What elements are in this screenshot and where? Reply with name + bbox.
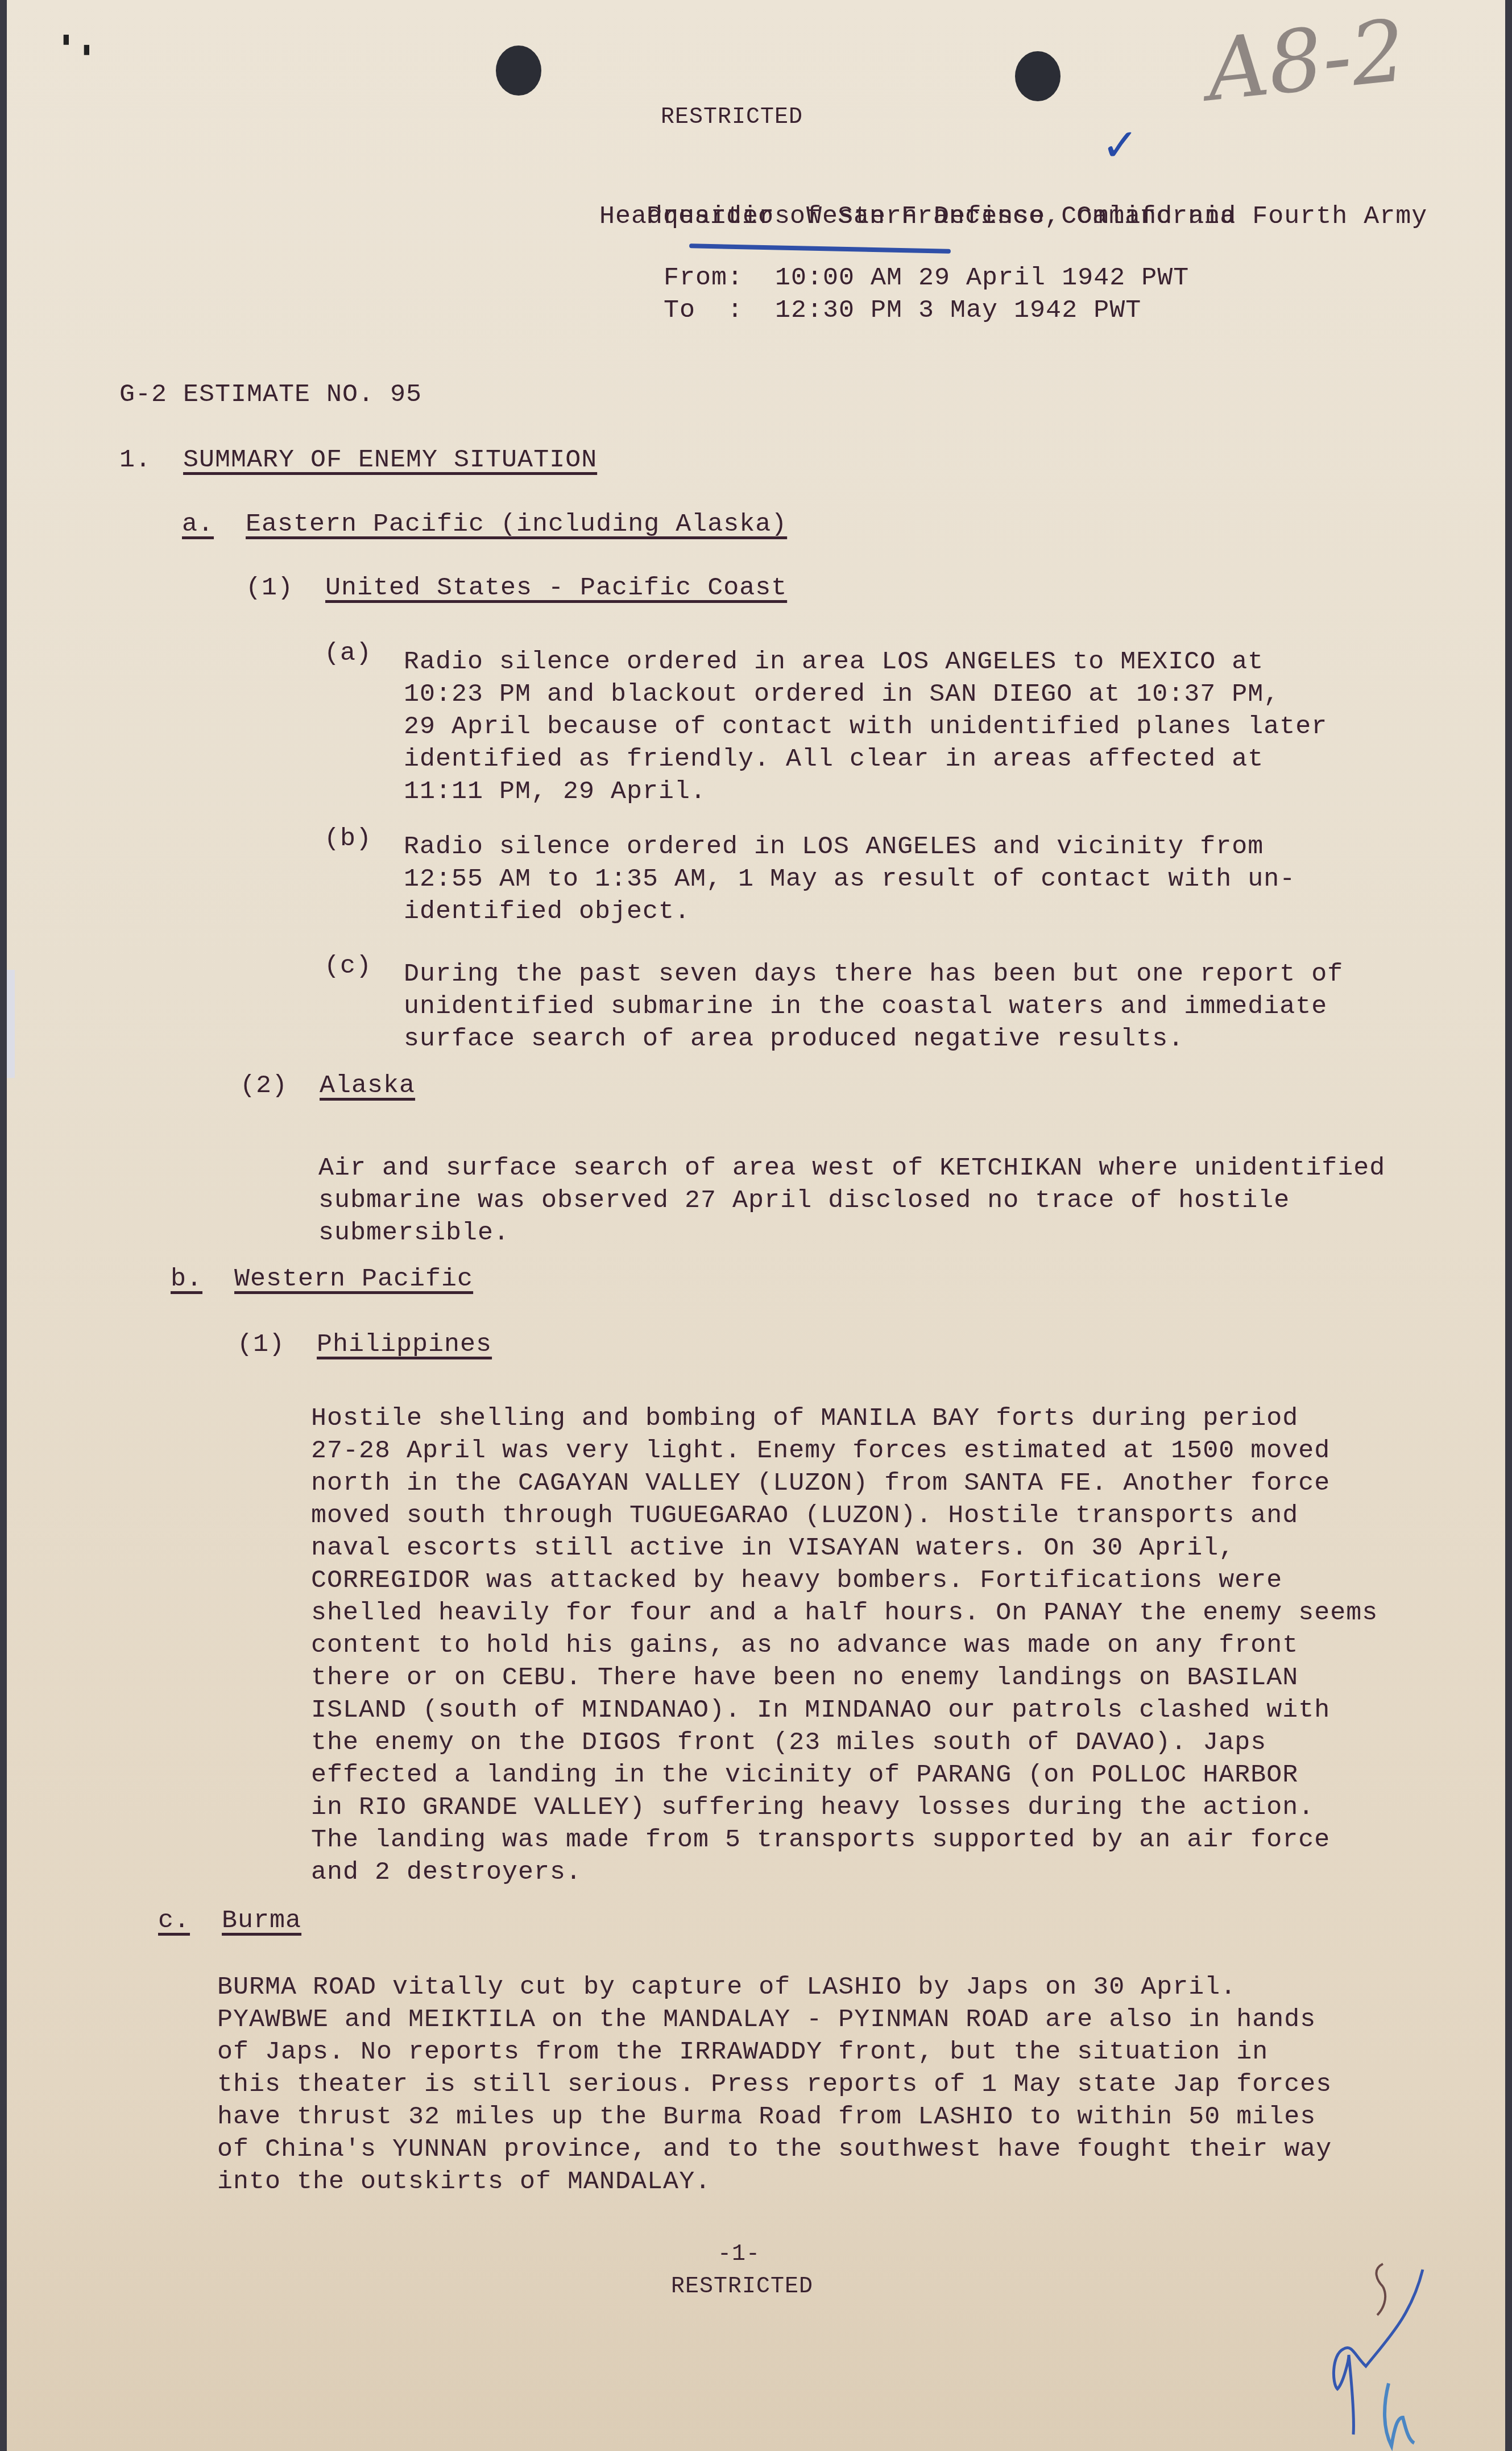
item-a1b-number: (b) (324, 822, 372, 855)
section-b-heading: b. Western Pacific (171, 1263, 473, 1295)
section-a1-heading: (1) United States - Pacific Coast (246, 572, 787, 604)
section-number: (1) (246, 573, 293, 602)
item-a1a-number: (a) (324, 637, 372, 669)
handwritten-initials-icon (1298, 2247, 1480, 2451)
section-number: (2) (240, 1071, 288, 1100)
section-b1-text: Hostile shelling and bombing of MANILA B… (311, 1402, 1378, 1888)
estimate-title: G-2 ESTIMATE NO. 95 (119, 378, 422, 411)
section-letter: c. (158, 1906, 190, 1935)
item-a1c-number: (c) (324, 950, 372, 982)
section-c-text: BURMA ROAD vitally cut by capture of LAS… (217, 1971, 1332, 2198)
classification-top: RESTRICTED (661, 101, 803, 134)
classification-bottom: RESTRICTED (671, 2271, 813, 2303)
punch-hole-icon (1015, 51, 1061, 101)
pen-underline (689, 243, 951, 254)
section-title: Alaska (320, 1071, 415, 1100)
section-title: Burma (222, 1906, 301, 1935)
item-a1b-text: Radio silence ordered in LOS ANGELES and… (404, 830, 1295, 928)
section-title: Eastern Pacific (including Alaska) (246, 510, 787, 539)
period-from: From: 10:00 AM 29 April 1942 PWT (664, 262, 1189, 294)
item-a1c-text: During the past seven days there has bee… (404, 958, 1343, 1055)
item-a1a-text: Radio silence ordered in area LOS ANGELE… (404, 646, 1327, 808)
to-label: To : (664, 296, 743, 325)
document-page: ▘ ▖ A8-2 ✓ RESTRICTED Headquarters Weste… (7, 0, 1505, 2451)
section-title: United States - Pacific Coast (325, 573, 787, 602)
section-letter: b. (171, 1264, 202, 1293)
section-a2-heading: (2) Alaska (240, 1069, 415, 1102)
page-number: -1- (718, 2238, 760, 2271)
header-line-2: Presidio of San Francisco, California (647, 200, 1236, 233)
punch-hole-icon (496, 46, 541, 96)
section-title: Philippines (317, 1330, 492, 1359)
section-a-heading: a. Eastern Pacific (including Alaska) (182, 508, 787, 540)
section-1-heading: 1. SUMMARY OF ENEMY SITUATION (119, 444, 597, 476)
ink-specks: ▘ ▖ (64, 35, 94, 56)
period-to: To : 12:30 PM 3 May 1942 PWT (664, 294, 1141, 326)
handwritten-file-mark: A8-2 (1202, 1, 1410, 121)
section-letter: a. (182, 510, 214, 539)
section-number: 1. (119, 445, 151, 474)
section-b1-heading: (1) Philippines (237, 1328, 492, 1361)
to-value: 12:30 PM 3 May 1942 PWT (775, 296, 1141, 325)
from-value: 10:00 AM 29 April 1942 PWT (775, 263, 1189, 292)
paper-edge-tab (7, 970, 15, 1078)
from-label: From: (664, 263, 743, 292)
section-title: SUMMARY OF ENEMY SITUATION (183, 445, 597, 474)
section-number: (1) (237, 1330, 285, 1359)
section-title: Western Pacific (234, 1264, 473, 1293)
section-c-heading: c. Burma (158, 1904, 301, 1937)
section-a2-text: Air and surface search of area west of K… (318, 1152, 1385, 1249)
